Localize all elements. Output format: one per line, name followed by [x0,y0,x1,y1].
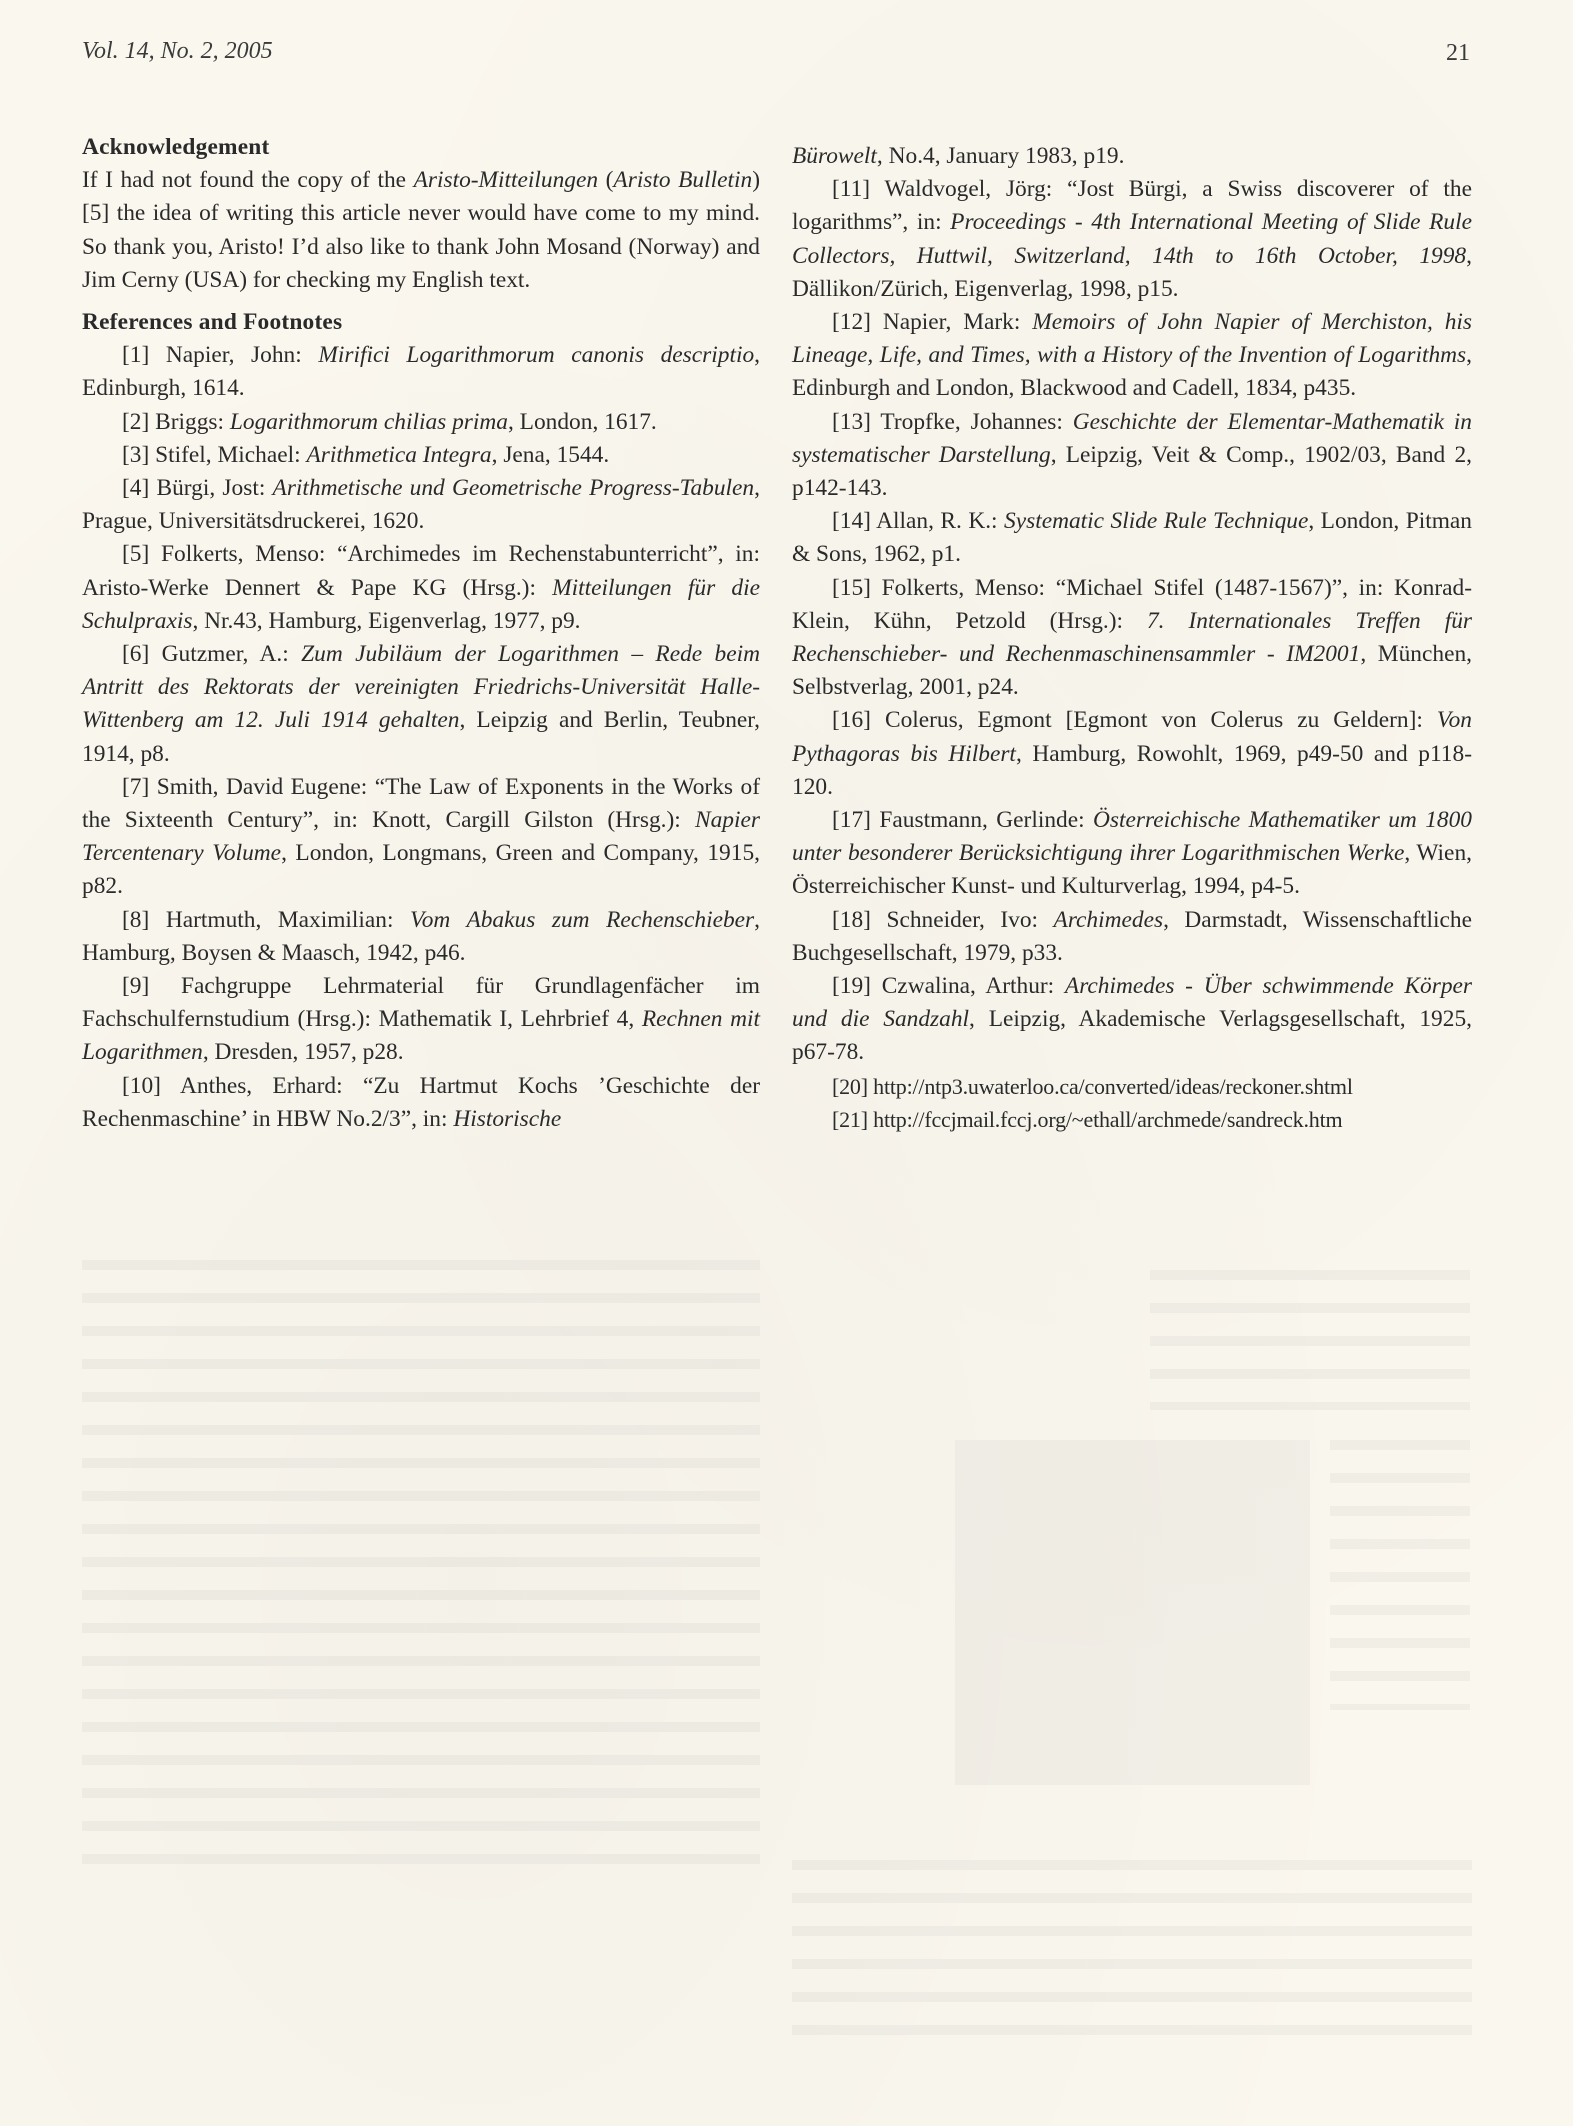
text-run: , No.4, January 1983, p19. [877,143,1125,169]
reference-item: [5] Folkerts, Menso: “Archimedes im Rech… [82,538,760,638]
reference-item: [12] Napier, Mark: Memoirs of John Napie… [792,306,1472,406]
text-run: Bürgi, Jost: [149,475,272,501]
page-number: 21 [1446,40,1470,67]
text-run: Gutzmer, A.: [149,641,301,667]
bleed-through-figure [955,1440,1310,1785]
text-run: http://fccjmail.fccj.org/~ethall/archmed… [868,1107,1343,1132]
running-head: Vol. 14, No. 2, 2005 [82,38,273,65]
italic-title: Archimedes [1054,907,1164,933]
italic-title: Aristo-Mitteilungen [414,167,599,193]
right-column: Bürowelt, No.4, January 1983, p19.[11] W… [792,140,1472,1136]
reference-url-item[interactable]: [21] http://fccjmail.fccj.org/~ethall/ar… [792,1103,1472,1136]
reference-number: [9] [122,973,149,999]
text-run: Hartmuth, Maximilian: [149,907,410,933]
reference-item: [10] Anthes, Erhard: “Zu Hartmut Kochs ’… [82,1070,760,1136]
text-run: Smith, David Eugene: “The Law of Exponen… [82,774,760,833]
left-column: Acknowledgement If I had not found the c… [82,131,760,1136]
reference-number: [19] [832,973,871,999]
text-run: If I had not found the copy of the [82,167,414,193]
text-run: Napier, John: [149,342,318,368]
reference-number: [8] [122,907,149,933]
text-run: , Nr.43, Hamburg, Eigen­verlag, 1977, p9… [192,608,580,634]
reference-number: [2] [122,409,149,435]
italic-title: Mirifici Logarithmorum canonis de­script… [318,342,754,368]
reference-number: [20] [832,1074,868,1099]
reference-number: [4] [122,475,149,501]
reference-number: [1] [122,342,149,368]
reference-number: [16] [832,707,871,733]
text-run: Briggs: [149,409,230,435]
text-run: Czwalina, Arthur: [871,973,1065,999]
reference-number: [13] [832,409,871,435]
scanned-page: Vol. 14, No. 2, 2005 21 Acknowledgement … [0,0,1573,2126]
text-run: , London, 1617. [508,409,657,435]
reference-item: [17] Faustmann, Gerlinde: Österreichisch… [792,804,1472,904]
text-run: Tropfke, Johannes: [871,409,1073,435]
reference-item: [7] Smith, David Eugene: “The Law of Exp… [82,771,760,904]
reference-number: [15] [832,575,871,601]
acknowledgement-heading: Acknowledgement [82,131,760,164]
reference-number: [21] [832,1107,868,1132]
text-run: Anthes, Erhard: “Zu Hartmut Kochs ’Gesch… [82,1073,760,1132]
text-run: Napier, Mark: [871,309,1032,335]
text-run: Colerus, Egmont [Egmont von Colerus zu G… [871,707,1437,733]
reference-item: [16] Colerus, Egmont [Egmont von Colerus… [792,704,1472,804]
reference-number: [3] [122,442,149,468]
bleed-through-text-right-top [1150,1250,1470,1410]
text-run: Allan, R. K.: [871,508,1004,534]
reference-number: [5] [122,541,149,567]
text-run: Faustmann, Gerlinde: [871,807,1093,833]
reference-number: [17] [832,807,871,833]
reference-item: [3] Stifel, Michael: Arithmetica Integra… [82,439,760,472]
reference-item: [13] Tropfke, Johannes: Geschichte der E… [792,406,1472,506]
reference-number: [11] [832,176,870,202]
text-run: Schneider, Ivo: [871,907,1054,933]
reference-item: [9] Fachgruppe Lehrmaterial für Grundlag… [82,970,760,1070]
text-run: Stifel, Michael: [149,442,306,468]
italic-title: Arithmetica Integra [306,442,491,468]
reference-item: [2] Briggs: Logarithmorum chilias prima,… [82,406,760,439]
reference-item: [19] Czwalina, Arthur: Archimedes - Über… [792,970,1472,1070]
bleed-through-text-right-mid [1330,1420,1470,1710]
reference-number: [12] [832,309,871,335]
italic-title: Arithmetische und Geometrische Progress-… [273,475,755,501]
reference-number: [14] [832,508,871,534]
references-list-left: [1] Napier, John: Mirifici Logarithmorum… [82,339,760,1136]
reference-number: [10] [122,1073,161,1099]
reference-item: [18] Schneider, Ivo: Archimedes, Darmsta… [792,904,1472,970]
bleed-through-text-right-bottom [792,1840,1472,2050]
text-run: http://ntp3.uwaterloo.ca/converted/ideas… [868,1074,1353,1099]
reference-number: [7] [122,774,149,800]
italic-title: Bürowelt [792,143,877,169]
italic-title: Systematic Slide Rule Technique [1004,508,1308,534]
acknowledgement-text: If I had not found the copy of the Arist… [82,164,760,297]
reference-item: [1] Napier, John: Mirifici Logarithmorum… [82,339,760,405]
reference-number: [6] [122,641,149,667]
reference-item: [6] Gutzmer, A.: Zum Jubiläum der Logari… [82,638,760,771]
reference-number: [18] [832,907,871,933]
text-run: ( [598,167,613,193]
reference-item: [15] Folkerts, Menso: “Michael Stifel (1… [792,572,1472,705]
italic-title: Logarithmorum chilias prima [230,409,508,435]
reference-item: [11] Waldvogel, Jörg: “Jost Bürgi, a Swi… [792,173,1472,306]
bleed-through-text-left [82,1240,760,1880]
text-run: , Dresden, 1957, p28. [203,1039,404,1065]
italic-title: Historische [453,1106,561,1132]
references-heading: References and Footnotes [82,306,760,339]
reference-item: [4] Bürgi, Jost: Arithmetische und Geome… [82,472,760,538]
reference-item: [8] Hartmuth, Maximilian: Vom Abakus zum… [82,904,760,970]
reference-url-item[interactable]: [20] http://ntp3.uwaterloo.ca/converted/… [792,1070,1472,1103]
text-run: , Jena, 1544. [492,442,610,468]
reference-item: [14] Allan, R. K.: Systematic Slide Rule… [792,505,1472,571]
italic-title: Vom Abakus zum Rechen­schieber [410,907,754,933]
italic-title: Aristo Bulletin [613,167,752,193]
reference-item: Bürowelt, No.4, January 1983, p19. [792,140,1472,173]
references-list-right: Bürowelt, No.4, January 1983, p19.[11] W… [792,140,1472,1136]
